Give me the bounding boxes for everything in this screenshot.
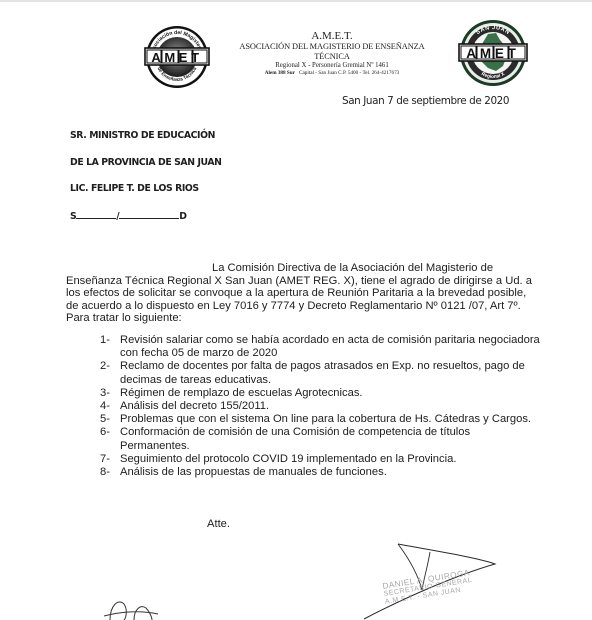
- agenda-item-text: Análisis del decreto 155/2011.: [120, 400, 269, 412]
- agenda-item-number: 5-: [100, 413, 110, 426]
- agenda-list: 1-Revisión salariar como se había acorda…: [100, 334, 540, 479]
- agenda-item-number: 6-: [100, 426, 110, 439]
- amet-seal-logo-icon: Asociación del Magisterio de Enseñanza T…: [144, 24, 210, 90]
- initials-signature-icon: [100, 596, 170, 620]
- agenda-item: 8-Análisis de las propuestas de manuales…: [100, 466, 540, 479]
- svg-text:AMET: AMET: [151, 50, 202, 65]
- agenda-item-number: 7-: [100, 453, 110, 466]
- body-paragraph-text: La Comisión Directiva de la Asociación d…: [66, 262, 532, 324]
- blank-line: [119, 209, 179, 219]
- agenda-item-number: 3-: [100, 387, 110, 400]
- agenda-item: 2-Reclamo de docentes por falta de pagos…: [100, 360, 540, 386]
- signature-stamp: DANIEL A. QUIROGA SECRETARIO GENERAL A.M…: [360, 540, 592, 620]
- agenda-item-number: 8-: [100, 466, 110, 479]
- letterhead-acronym: A.M.E.T.: [222, 30, 442, 42]
- agenda-item-text: Reclamo de docentes por falta de pagos a…: [120, 360, 525, 385]
- agenda-item-number: 2-: [100, 360, 110, 373]
- salutation: S/D: [70, 209, 187, 222]
- svg-text:AMET: AMET: [466, 46, 519, 61]
- agenda-item: 6-Conformación de comisión de una Comisi…: [100, 426, 540, 452]
- agenda-item-text: Revisión salariar como se había acordado…: [120, 334, 540, 359]
- agenda-item-number: 4-: [100, 400, 110, 413]
- letterhead-regional: Regional X - Personería Gremial Nº 1461: [222, 62, 442, 70]
- agenda-item-text: Análisis de las propuestas de manuales d…: [120, 466, 387, 478]
- salutation-end: D: [179, 211, 186, 222]
- agenda-item-text: Conformación de comisión de una Comisión…: [120, 426, 470, 451]
- amet-san-juan-logo-icon: SAN JUAN Regional X AMET: [458, 18, 528, 88]
- closing: Atte.: [207, 518, 230, 530]
- recipient-line-3: LIC. FELIPE T. DE LOS RIOS: [70, 183, 199, 194]
- agenda-item: 1-Revisión salariar como se había acorda…: [100, 334, 540, 360]
- agenda-item-text: Problemas que con el sistema On line par…: [120, 413, 531, 425]
- address-street: Alem 388 Sur: [265, 70, 295, 76]
- address-city: Capital - San Juan C.P. 5400 - Tel. 264-…: [299, 70, 399, 76]
- blank-line: [76, 209, 116, 219]
- agenda-item: 4-Análisis del decreto 155/2011.: [100, 400, 540, 413]
- agenda-item-number: 1-: [100, 334, 110, 347]
- recipient-line-2: DE LA PROVINCIA DE SAN JUAN: [70, 157, 222, 168]
- letterhead-organization-name: ASOCIACIÓN DEL MAGISTERIO DE ENSEÑANZA T…: [222, 42, 442, 62]
- agenda-item: 7-Seguimiento del protocolo COVID 19 imp…: [100, 453, 540, 466]
- agenda-item: 3-Régimen de remplazo de escuelas Agrote…: [100, 387, 540, 400]
- letterhead: A.M.E.T. ASOCIACIÓN DEL MAGISTERIO DE EN…: [222, 30, 442, 77]
- letterhead-address: Alem 388 SurCapital - San Juan C.P. 5400…: [222, 70, 442, 77]
- agenda-item-text: Seguimiento del protocolo COVID 19 imple…: [120, 453, 456, 465]
- agenda-item: 5-Problemas que con el sistema On line p…: [100, 413, 540, 426]
- recipient-line-1: SR. MINISTRO DE EDUCACIÓN: [70, 130, 215, 141]
- scan-edge: [0, 0, 592, 2]
- agenda-item-text: Régimen de remplazo de escuelas Agrotecn…: [120, 387, 363, 399]
- body-paragraph: La Comisión Directiva de la Asociación d…: [66, 262, 536, 325]
- date-line: San Juan 7 de septiembre de 2020: [342, 95, 509, 107]
